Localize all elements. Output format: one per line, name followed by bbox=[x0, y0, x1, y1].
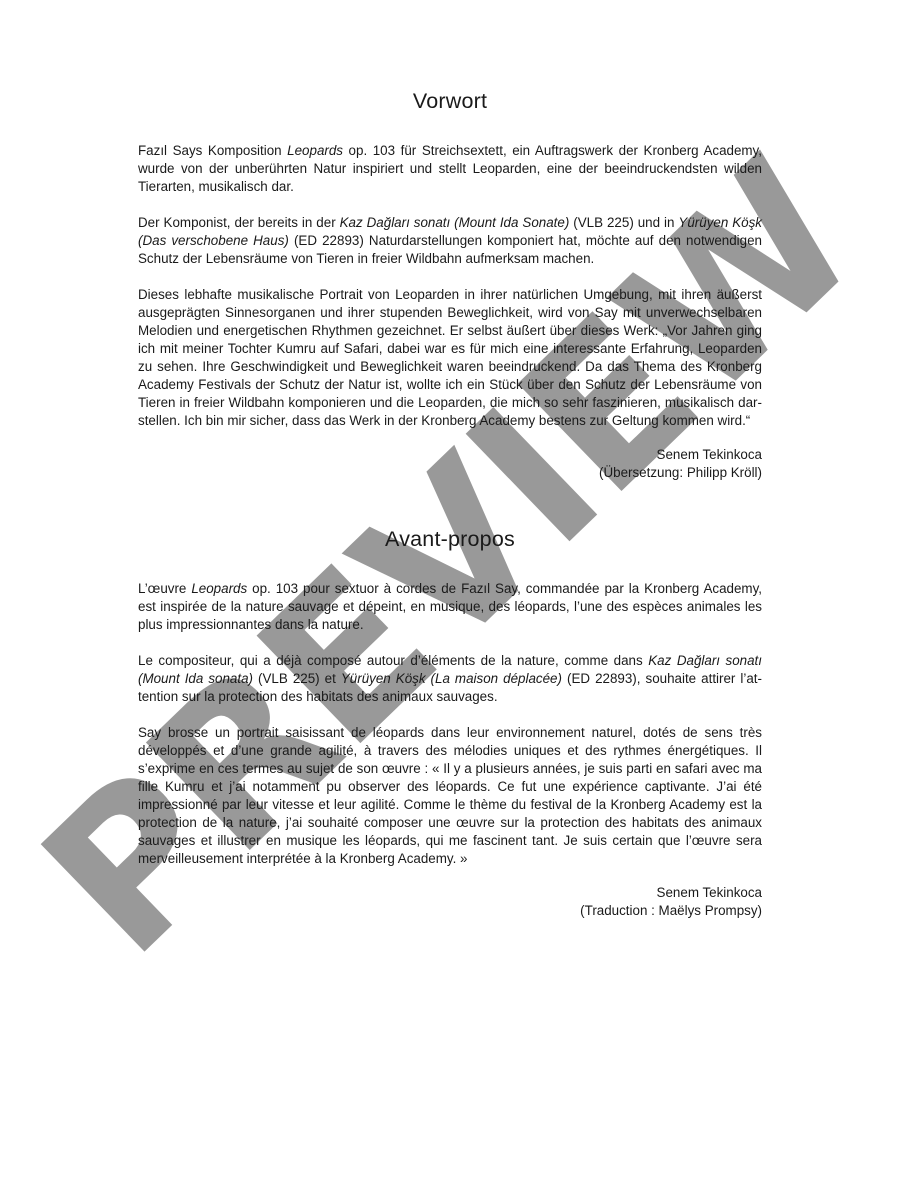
vorwort-paragraph-3: Dieses lebhafte musikalische Portrait vo… bbox=[138, 286, 762, 430]
avant-propos-signature: Senem Tekinkoca (Traduction : Maëlys Pro… bbox=[580, 884, 762, 920]
avant-propos-paragraph-3: Say brosse un portrait saisissant de léo… bbox=[138, 724, 762, 868]
text-run: Le compositeur, qui a déjà composé autou… bbox=[138, 653, 648, 668]
text-run: L’œuvre bbox=[138, 581, 191, 596]
vorwort-paragraph-1: Fazıl Says Komposition Leopards op. 103 … bbox=[138, 142, 762, 196]
vorwort-title: Vorwort bbox=[138, 89, 762, 114]
signature-author: Senem Tekinkoca bbox=[580, 884, 762, 902]
vorwort-paragraph-2: Der Komponist, der bereits in der Kaz Da… bbox=[138, 214, 762, 268]
avant-propos-paragraph-1: L’œuvre Leopards op. 103 pour sextuor à … bbox=[138, 580, 762, 634]
work-title: Leopards bbox=[191, 581, 247, 596]
work-title: Leopards bbox=[287, 143, 343, 158]
vorwort-signature: Senem Tekinkoca (Übersetzung: Philipp Kr… bbox=[599, 446, 762, 482]
signature-author: Senem Tekinkoca bbox=[599, 446, 762, 464]
work-title: Yürüyen Köşk (La maison déplacée) bbox=[341, 671, 562, 686]
text-run: (VLB 225) und in bbox=[569, 215, 678, 230]
avant-propos-title: Avant-propos bbox=[138, 527, 762, 552]
text-run: Fazıl Says Komposition bbox=[138, 143, 287, 158]
avant-propos-paragraph-2: Le compositeur, qui a déjà composé autou… bbox=[138, 652, 762, 706]
document-page: Vorwort Fazıl Says Komposition Leopards … bbox=[138, 0, 762, 114]
text-run: (VLB 225) et bbox=[253, 671, 341, 686]
signature-translation: (Traduction : Maëlys Prompsy) bbox=[580, 902, 762, 920]
work-title: Kaz Dağları sonatı (Mount Ida Sonate) bbox=[340, 215, 570, 230]
signature-translation: (Übersetzung: Philipp Kröll) bbox=[599, 464, 762, 482]
text-run: Der Komponist, der bereits in der bbox=[138, 215, 340, 230]
